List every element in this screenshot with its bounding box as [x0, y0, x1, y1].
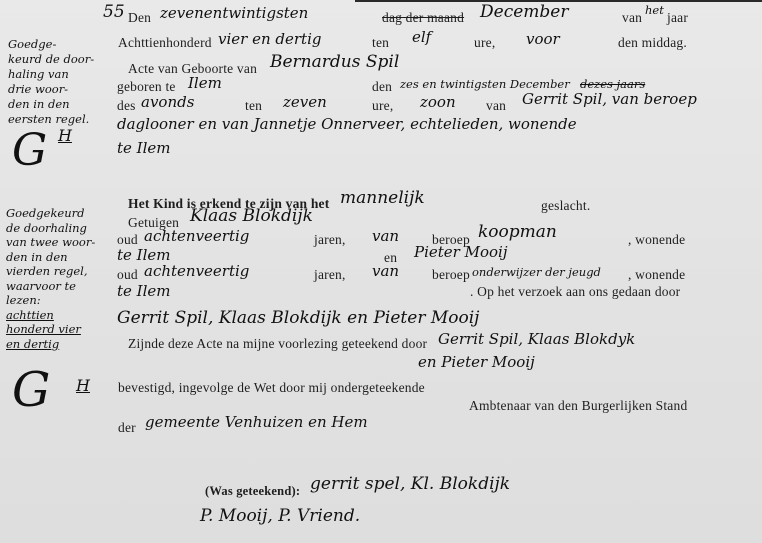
margin-note-2-line: waarvoor te [6, 279, 95, 294]
hw-birthdate: zes en twintigsten December [400, 77, 570, 91]
hw-hour: elf [412, 28, 431, 46]
margin-note-2-mark: H [76, 376, 90, 395]
hw-father: Gerrit Spil, van beroep [522, 90, 697, 108]
margin-note-1-mark: H [58, 126, 72, 145]
hw-signers-2: en Pieter Mooij [418, 353, 535, 371]
printed-ure: ure, [474, 35, 495, 51]
hw-struck-dezes-jaars: dezes jaars [580, 77, 645, 91]
margin-note-1-line: drie woor- [8, 82, 94, 97]
margin-note-1-line: keurd de door- [8, 52, 94, 67]
hw-zoon: zoon [420, 93, 456, 111]
hw-sex: mannelijk [340, 188, 425, 208]
hw-municipality: gemeente Venhuizen en Hem [145, 413, 368, 431]
printed-den-date: den [372, 79, 392, 95]
printed-den: Den [128, 10, 151, 26]
printed-zijnde-deze-acte: Zijnde deze Acte na mijne voorlezing get… [128, 336, 427, 352]
printed-wonende-2: , wonende [628, 267, 685, 283]
margin-note-1-line: Goedge- [8, 37, 94, 52]
printed-jaar: jaar [667, 10, 688, 26]
printed-was-geteekend: (Was geteekend): [205, 484, 300, 499]
printed-van: van [622, 10, 642, 26]
hw-witness2-occupation: onderwijzer der jeugd [472, 265, 601, 279]
printed-beroep-2: beroep [432, 267, 470, 283]
printed-op-het-verzoek: . Op het verzoek aan ons gedaan door [470, 284, 680, 300]
margin-note-1-line: den in den [8, 97, 94, 112]
hw-parents-line: daglooner en van Jannetje Onnerveer, ech… [117, 115, 577, 133]
printed-van-2: van [486, 98, 506, 114]
printed-ambtenaar: Ambtenaar van den Burgerlijken Stand [469, 398, 687, 414]
hw-witness1-occupation: koopman [478, 222, 557, 242]
printed-oud-2: oud [117, 267, 138, 283]
margin-note-2-correction: honderd vier [6, 322, 95, 337]
printed-achttienhonderd: Achttienhonderd [118, 35, 212, 51]
hw-residence: te Ilem [117, 139, 171, 157]
margin-note-2-initials: G [12, 362, 50, 418]
hw-avonds: avonds [141, 93, 194, 111]
margin-note-2-line: den in den [6, 250, 95, 265]
hw-witness2-name: Pieter Mooij [414, 243, 507, 261]
hw-year: vier en dertig [218, 30, 321, 48]
hw-witness1-age: achtenveertig [144, 227, 249, 245]
hw-signatures-1: gerrit spel, Kl. Blokdijk [310, 474, 510, 494]
hw-het: het [645, 3, 664, 17]
printed-bevestigd: bevestigd, ingevolge de Wet door mij ond… [118, 380, 425, 396]
printed-ten-2: ten [245, 98, 262, 114]
hw-signatures-2: P. Mooij, P. Vriend. [200, 506, 360, 526]
hw-witness1-van: van [372, 227, 399, 245]
margin-note-2-correction: en dertig [6, 337, 95, 352]
margin-note-2-line: lezen: [6, 293, 95, 308]
printed-geslacht: geslacht. [541, 198, 590, 214]
printed-ten: ten [372, 35, 389, 51]
margin-note-2-line: Goedgekeurd [6, 206, 95, 221]
hw-witness2-residence: te Ilem [117, 282, 171, 300]
margin-note-2-correction: achttien [6, 308, 95, 323]
margin-note-2-line: de doorhaling [6, 221, 95, 236]
printed-der: der [118, 420, 136, 436]
hw-witness1-name: Klaas Blokdijk [190, 206, 313, 226]
hw-month: December [480, 2, 568, 22]
birth-certificate-page: 55 Den zevenentwintigsten dag der maand … [0, 0, 762, 543]
hw-day: zevenentwintigsten [160, 4, 308, 22]
margin-note-2-line: vierden regel, [6, 264, 95, 279]
printed-des: des [117, 98, 136, 114]
printed-den-middag: den middag. [618, 35, 687, 51]
printed-ure-2: ure, [372, 98, 393, 114]
hw-requesters: Gerrit Spil, Klaas Blokdijk en Pieter Mo… [117, 308, 479, 328]
margin-note-1: Goedge- keurd de door- haling van drie w… [8, 37, 94, 127]
margin-note-1-line: haling van [8, 67, 94, 82]
printed-jaren-2: jaren, [314, 267, 346, 283]
hw-signers-1: Gerrit Spil, Klaas Blokdyk [438, 330, 635, 348]
margin-note-2: Goedgekeurd de doorhaling van twee woor-… [6, 206, 95, 351]
hw-birthplace: Ilem [188, 74, 222, 92]
printed-jaren-1: jaren, [314, 232, 346, 248]
margin-note-1-initials: G [12, 125, 47, 176]
hw-witness2-age: achtenveertig [144, 262, 249, 280]
hw-voor: voor [526, 30, 560, 48]
hw-child-name: Bernardus Spil [270, 52, 399, 72]
hw-birth-hour: zeven [283, 93, 327, 111]
margin-note-2-line: van twee woor- [6, 235, 95, 250]
printed-struck-dag-der-maand: dag der maand [382, 10, 464, 26]
record-number: 55 [103, 2, 125, 22]
printed-wonende-1: , wonende [628, 232, 685, 248]
hw-witness2-van: van [372, 262, 399, 280]
